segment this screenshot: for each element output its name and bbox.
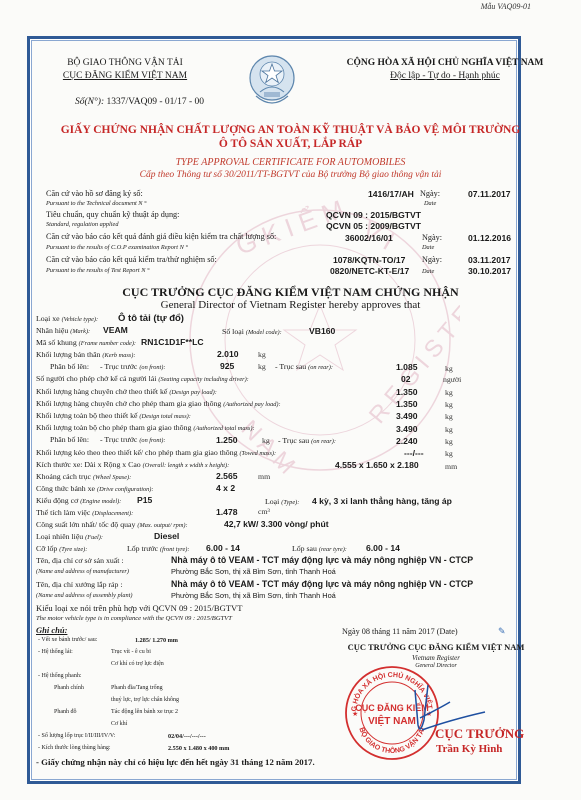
engine-label: Kiểu động cơ xyxy=(36,496,78,505)
front-tyre-value: 6.00 - 14 xyxy=(206,543,240,553)
test-date-1: 03.11.2017 xyxy=(468,255,511,265)
test-label: Căn cứ vào báo cáo kết quả kiểm tra/thử … xyxy=(46,255,217,264)
plant-name: Nhà máy ô tô VEAM - TCT máy động lực và … xyxy=(171,579,473,589)
total-front-value: 1.250 xyxy=(216,435,238,445)
auth-total-label: Khối lượng toàn bộ cho phép tham gia gia… xyxy=(36,423,191,432)
front-axle-label-en: (on front): xyxy=(139,364,165,371)
issuer-block: BỘ GIAO THÔNG VẬN TẢI CỤC ĐĂNG KIỂM VIỆT… xyxy=(40,57,210,83)
tyre-label-en: (Tyre size): xyxy=(59,546,87,553)
design-payload-label-en: (Design pay load): xyxy=(169,389,217,396)
signer-title: CỤC TRƯỞNG xyxy=(435,726,524,742)
cop-date: 01.12.2016 xyxy=(468,233,511,243)
park-brake-target: Tác động lên bánh xe trục 2 xyxy=(111,709,178,715)
approval-heading-en: General Director of Vietnam Register her… xyxy=(0,299,581,311)
test-date-label-en: Date xyxy=(422,268,434,275)
main-brake-actuation: thuỷ lực, trợ lực chân không xyxy=(111,697,179,703)
svg-text:★: ★ xyxy=(352,710,358,718)
mark-value: VEAM xyxy=(103,325,128,335)
number-value: 1337/VAQ09 - 01/17 - 00 xyxy=(107,97,204,107)
test-label-en: Pursuant to the results of Test Report N… xyxy=(46,267,150,274)
design-payload-label: Khối lượng hàng chuyên chở theo thiết kế xyxy=(36,387,167,396)
frame-value: RN1C1D1F**LC xyxy=(141,337,204,347)
model-row: Số loại (Model code): xyxy=(222,327,282,336)
design-total-unit: kg xyxy=(445,412,453,421)
country-name: CỘNG HÒA XÃ HỘI CHỦ NGHĨA VIỆT NAM xyxy=(330,57,560,70)
kerb-unit: kg xyxy=(258,350,266,359)
total-front-axle-label: - Trục trước xyxy=(100,435,137,444)
dims-value: 4.555 x 1.650 x 2.180 xyxy=(335,460,419,470)
mark-label: Nhãn hiệu xyxy=(36,326,68,335)
total-front-axle-label-en: (on front): xyxy=(139,437,165,444)
total-rear-value: 2.240 xyxy=(396,436,418,446)
cop-label-en: Pursuant to the results of C.O.P examina… xyxy=(46,244,188,251)
svg-text:VIỆT NAM: VIỆT NAM xyxy=(368,714,416,727)
kerb-value: 2.010 xyxy=(217,349,239,359)
design-total-row: Khối lượng toàn bộ theo thiết kế (Design… xyxy=(36,411,191,420)
country-motto: Độc lập - Tự do - Hạnh phúc xyxy=(330,70,560,83)
engine-value: P15 xyxy=(137,495,152,505)
engine-label-en: (Engine model): xyxy=(80,498,121,505)
fuel-label: Loại nhiên liệu xyxy=(36,532,83,541)
manufacturer-address: Phường Bắc Sơn, thị xã Bỉm Sơn, tỉnh Tha… xyxy=(171,567,336,576)
model-label: Số loại xyxy=(222,327,244,336)
standard-1: QCVN 09 : 2015/BGTVT xyxy=(326,210,421,220)
national-emblem-icon xyxy=(248,52,296,112)
frame-row: Mã số khung (Frame number code): xyxy=(36,338,136,347)
engine-type-label: Loại xyxy=(265,497,279,506)
compliance-text: Kiểu loại xe nói trên phù hợp với QCVN 0… xyxy=(36,603,243,613)
displacement-label-en: (Displacement): xyxy=(92,510,133,517)
wheelbase-unit: mm xyxy=(258,472,270,481)
seating-unit: người xyxy=(443,375,461,384)
displacement-unit: cm³ xyxy=(258,507,270,516)
model-value: VB160 xyxy=(309,326,335,336)
notes-heading: Ghi chú: xyxy=(36,625,67,635)
kerb-rear-value: 1.085 xyxy=(396,362,418,372)
power-label-en: (Max. output/ rpm): xyxy=(137,522,187,529)
date-label-en: Date xyxy=(424,200,436,207)
design-total-value: 3.490 xyxy=(396,411,418,421)
wheelbase-label: Khoảng cách trục xyxy=(36,472,91,481)
tyres-count-value: 02/04/---/---/--- xyxy=(168,733,206,740)
kerb-label: Khối lượng bản thân xyxy=(36,350,100,359)
auth-payload-row: Khối lượng hàng chuyên chở cho phép tham… xyxy=(36,399,281,408)
manufacturer-name: Nhà máy ô tô VEAM - TCT máy động lực và … xyxy=(171,555,473,565)
model-label-en: (Model code): xyxy=(246,329,282,336)
seating-label-en: (Seating capacity including driver): xyxy=(158,376,248,383)
design-payload-unit: kg xyxy=(445,388,453,397)
standard-label-en: Standard, regulation applied xyxy=(46,221,118,228)
test-value-2: 0820/NETC-KT-E/17 xyxy=(330,266,409,276)
signer-agency-title: CỤC TRƯỞNG CỤC ĐĂNG KIỂM VIỆT NAM xyxy=(311,642,561,652)
design-payload-row: Khối lượng hàng chuyên chở theo thiết kế… xyxy=(36,387,217,396)
frame-label: Mã số khung xyxy=(36,338,77,347)
drive-label-en: (Drive configuration): xyxy=(97,486,154,493)
displacement-label: Thể tích làm việc xyxy=(36,508,90,517)
kerb-front-label: - Trục trước (on front): xyxy=(100,362,166,371)
total-front-label: - Trục trước (on front): xyxy=(100,435,166,444)
engine-type-row: Loại (Type): xyxy=(265,497,299,506)
signature-mark-icon: ✎ xyxy=(498,626,506,637)
tyre-label: Cỡ lốp xyxy=(36,544,57,553)
number-label: Số(N°): xyxy=(75,97,104,107)
steering-label: - Hệ thống lái: xyxy=(38,649,73,655)
vehicle-type-row: Loại xe (Vehicle type): xyxy=(36,314,98,323)
rear-tyre-label: Lốp sau xyxy=(292,544,317,553)
seating-value: 02 xyxy=(401,374,411,384)
rear-axle-label-en: (on rear): xyxy=(308,364,333,371)
auth-payload-label: Khối lượng hàng chuyên chở cho phép tham… xyxy=(36,399,221,408)
tech-doc-value: 1416/17/AH xyxy=(368,189,414,199)
kerb-label-en: (Kerb mass): xyxy=(102,352,135,359)
dims-label: Kích thước xe: Dài x Rộng x Cao xyxy=(36,460,141,469)
total-rear-unit: kg xyxy=(445,437,453,446)
power-value: 42,7 kW/ 3.300 vòng/ phút xyxy=(224,519,329,529)
wheelbase-value: 2.565 xyxy=(216,471,238,481)
vehicle-type-label: Loại xe xyxy=(36,314,60,323)
front-tyre-row: Lốp trước (front tyre): xyxy=(127,544,189,553)
engine-row: Kiểu động cơ (Engine model): xyxy=(36,496,121,505)
cop-date-label: Ngày: xyxy=(422,233,442,242)
total-dist-label: Phân bố lên: xyxy=(50,435,89,444)
brake-label: - Hệ thống phanh: xyxy=(38,673,82,679)
main-brake-type: Phanh đĩa/Tang trống xyxy=(111,685,163,691)
compliance-text-en: The motor vehicle type is in compliance … xyxy=(36,615,232,622)
dims-label-en: (Overall: length x width x height): xyxy=(143,462,230,469)
fuel-label-en: (Fuel): xyxy=(85,534,103,541)
track-label: - Vết xe bánh trước/ sau: xyxy=(38,637,97,643)
certificate-subtitle: Ô TÔ SẢN XUẤT, LẮP RÁP xyxy=(0,138,581,150)
cop-date-label-en: Date xyxy=(422,244,434,251)
kerb-front-value: 925 xyxy=(220,361,234,371)
certificate-basis: Cấp theo Thông tư số 30/2011/TT-BGTVT củ… xyxy=(0,170,581,180)
issue-date: Ngày 08 tháng 11 năm 2017 (Date) xyxy=(342,627,458,636)
cargo-label: - Kích thước lòng thùng hàng: xyxy=(38,745,111,751)
test-date-label: Ngày: xyxy=(422,255,442,264)
certificate-number: Số(N°): 1337/VAQ09 - 01/17 - 00 xyxy=(75,97,204,107)
agency-name: CỤC ĐĂNG KIỂM VIỆT NAM xyxy=(40,70,210,83)
steering-type: Trục vít - ê cu bi xyxy=(111,649,151,655)
validity-text: - Giấy chứng nhận này chỉ có hiệu lực đế… xyxy=(36,757,315,767)
plant-address: Phường Bắc Sơn, thị xã Bỉm Sơn, tỉnh Tha… xyxy=(171,591,336,600)
front-axle-label: - Trục trước xyxy=(100,362,137,371)
form-code: Mẫu VAQ09-01 xyxy=(481,2,531,11)
kerb-rear-label: - Trục sau (on rear): xyxy=(275,362,333,371)
tyres-count-label: - Số lượng lốp trục I/II/III/IV/V: xyxy=(38,733,115,739)
steering-assist: Cơ khí có trợ lực điện xyxy=(111,661,164,667)
fuel-row: Loại nhiên liệu (Fuel): xyxy=(36,532,103,541)
front-tyre-label: Lốp trước xyxy=(127,544,158,553)
signer-name: Trần Kỳ Hình xyxy=(436,743,502,755)
drive-value: 4 x 2 xyxy=(216,483,235,493)
seating-row: Số người cho phép chở kể cả người lái (S… xyxy=(36,374,249,383)
fuel-value: Diesel xyxy=(154,531,179,541)
total-rear-label: - Trục sau (on rear): xyxy=(278,436,336,445)
power-label: Công suất lớn nhất/ tốc độ quay xyxy=(36,520,135,529)
tech-doc-date: 07.11.2017 xyxy=(468,189,511,199)
total-front-unit: kg xyxy=(262,436,270,445)
mark-label-en: (Mark): xyxy=(70,328,90,335)
kerb-rear-unit: kg xyxy=(445,364,453,373)
vehicle-type-label-en: (Vehicle type): xyxy=(62,316,99,323)
cop-label: Căn cứ vào báo cáo kết quả đánh giá điều… xyxy=(46,232,276,241)
kerb-row: Khối lượng bản thân (Kerb mass): xyxy=(36,350,135,359)
cargo-value: 2.550 x 1.480 x 400 mm xyxy=(168,745,229,752)
main-brake-label: Phanh chính xyxy=(54,685,84,691)
engine-type-label-en: (Type): xyxy=(281,499,299,506)
tech-doc-label: Căn cứ vào hồ sơ đăng ký số: xyxy=(46,189,143,198)
engine-type-value: 4 kỳ, 3 xi lanh thẳng hàng, tăng áp xyxy=(312,496,452,506)
displacement-value: 1.478 xyxy=(216,507,238,517)
wheelbase-row: Khoảng cách trục (Wheel Spase): xyxy=(36,472,131,481)
design-total-label: Khối lượng toàn bộ theo thiết kế xyxy=(36,411,137,420)
displacement-row: Thể tích làm việc (Displacement): xyxy=(36,508,133,517)
tyre-row: Cỡ lốp (Tyre size): xyxy=(36,544,87,553)
auth-total-row: Khối lượng toàn bộ cho phép tham gia gia… xyxy=(36,423,255,432)
towed-label-en: (Towed mass): xyxy=(239,450,276,457)
kerb-dist-label: Phân bố lên: xyxy=(50,362,89,371)
total-rear-axle-label: - Trục sau xyxy=(278,436,309,445)
rear-axle-label: - Trục sau xyxy=(275,362,306,371)
power-row: Công suất lớn nhất/ tốc độ quay (Max. ou… xyxy=(36,520,188,529)
vehicle-type-value: Ô tô tải (tự đổ) xyxy=(118,313,184,324)
total-rear-axle-label-en: (on rear): xyxy=(311,438,336,445)
towed-row: Khối lượng kéo theo theo thiết kế/ cho p… xyxy=(36,448,276,457)
towed-value: ---/--- xyxy=(404,448,424,458)
standard-label: Tiêu chuẩn, quy chuẩn kỹ thuật áp dụng: xyxy=(46,210,179,219)
dims-row: Kích thước xe: Dài x Rộng x Cao (Overall… xyxy=(36,460,229,469)
test-date-2: 30.10.2017 xyxy=(468,266,511,276)
auth-payload-unit: kg xyxy=(445,400,453,409)
auth-total-value: 3.490 xyxy=(396,424,418,434)
signer-agency-title-en: Vietnam Register xyxy=(311,654,561,662)
kerb-front-unit: kg xyxy=(258,362,266,371)
towed-label: Khối lượng kéo theo theo thiết kế/ cho p… xyxy=(36,448,238,457)
dims-unit: mm xyxy=(445,462,457,471)
rear-tyre-row: Lốp sau (rear tyre): xyxy=(292,544,347,553)
manufacturer-label: Tên, địa chỉ cơ sở sản xuất : xyxy=(36,556,124,565)
auth-total-label-en: (Authorized total mass): xyxy=(193,425,254,432)
cop-value: 36002/16/01 xyxy=(345,233,393,243)
design-payload-value: 1.350 xyxy=(396,387,418,397)
towed-unit: kg xyxy=(445,449,453,458)
standard-2: QCVN 05 : 2009/BGTVT xyxy=(326,221,421,231)
drive-label: Công thức bánh xe xyxy=(36,484,95,493)
park-brake-type: Cơ khí xyxy=(111,721,127,727)
approval-heading: CỤC TRƯỞNG CỤC ĐĂNG KIỂM VIỆT NAM CHỨNG … xyxy=(0,285,581,300)
mark-row: Nhãn hiệu (Mark): xyxy=(36,326,90,335)
date-label: Ngày: xyxy=(420,189,440,198)
park-brake-label: Phanh đỗ xyxy=(54,709,77,715)
auth-payload-value: 1.350 xyxy=(396,399,418,409)
country-block: CỘNG HÒA XÃ HỘI CHỦ NGHĨA VIỆT NAM Độc l… xyxy=(330,57,560,83)
seating-label: Số người cho phép chở kể cả người lái xyxy=(36,374,156,383)
auth-total-unit: kg xyxy=(445,425,453,434)
ministry-name: BỘ GIAO THÔNG VẬN TẢI xyxy=(40,57,210,70)
rear-tyre-value: 6.00 - 14 xyxy=(366,543,400,553)
frame-label-en: (Frame number code): xyxy=(79,340,136,347)
front-tyre-label-en: (front tyre): xyxy=(160,546,189,553)
plant-label-en: (Name and address of assembly plant) xyxy=(36,592,133,599)
certificate-title-en: TYPE APPROVAL CERTIFICATE FOR AUTOMOBILE… xyxy=(0,157,581,168)
wheelbase-label-en: (Wheel Spase): xyxy=(93,474,131,481)
tech-doc-label-en: Pursuant to the Technical document N ° xyxy=(46,200,147,207)
manufacturer-label-en: (Name and address of manufacturer) xyxy=(36,568,129,575)
design-total-label-en: (Design total mass): xyxy=(139,413,190,420)
certificate-title: GIẤY CHỨNG NHẬN CHẤT LƯỢNG AN TOÀN KỸ TH… xyxy=(0,124,581,136)
rear-tyre-label-en: (rear tyre): xyxy=(319,546,347,553)
auth-payload-label-en: (Authorized pay load): xyxy=(223,401,280,408)
drive-row: Công thức bánh xe (Drive configuration): xyxy=(36,484,153,493)
plant-label: Tên, địa chỉ xưởng lắp ráp : xyxy=(36,580,123,589)
track-value: 1.285/ 1.270 mm xyxy=(135,637,178,644)
test-value-1: 1078/KQTN-TO/17 xyxy=(333,255,405,265)
